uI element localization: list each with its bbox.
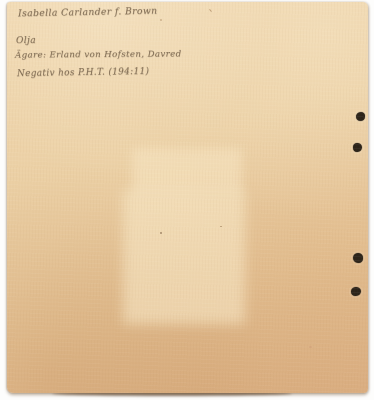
punch-hole — [356, 112, 365, 121]
handwriting-line-name: Isabella Carlander f. Brown — [18, 6, 158, 20]
paper-speck — [309, 346, 312, 348]
handwriting-line-negative: Negativ hos P.H.T. (194:11) — [17, 67, 150, 79]
scanned-card: Isabella Carlander f. Brown Olja Ägare: … — [7, 2, 368, 393]
punch-hole — [353, 253, 363, 263]
punch-hole — [351, 287, 361, 296]
handwriting-line-medium: Olja — [16, 36, 36, 46]
paper-speck — [209, 9, 212, 12]
handwriting-line-owner: Ägare: Erland von Hofsten, Davred — [15, 49, 182, 60]
photo-ghost-mark-lower — [123, 190, 245, 324]
punch-hole — [353, 143, 362, 152]
page-background: Isabella Carlander f. Brown Olja Ägare: … — [0, 0, 374, 400]
photo-ghost-mark-upper — [132, 148, 242, 194]
paper-speck — [160, 19, 162, 21]
